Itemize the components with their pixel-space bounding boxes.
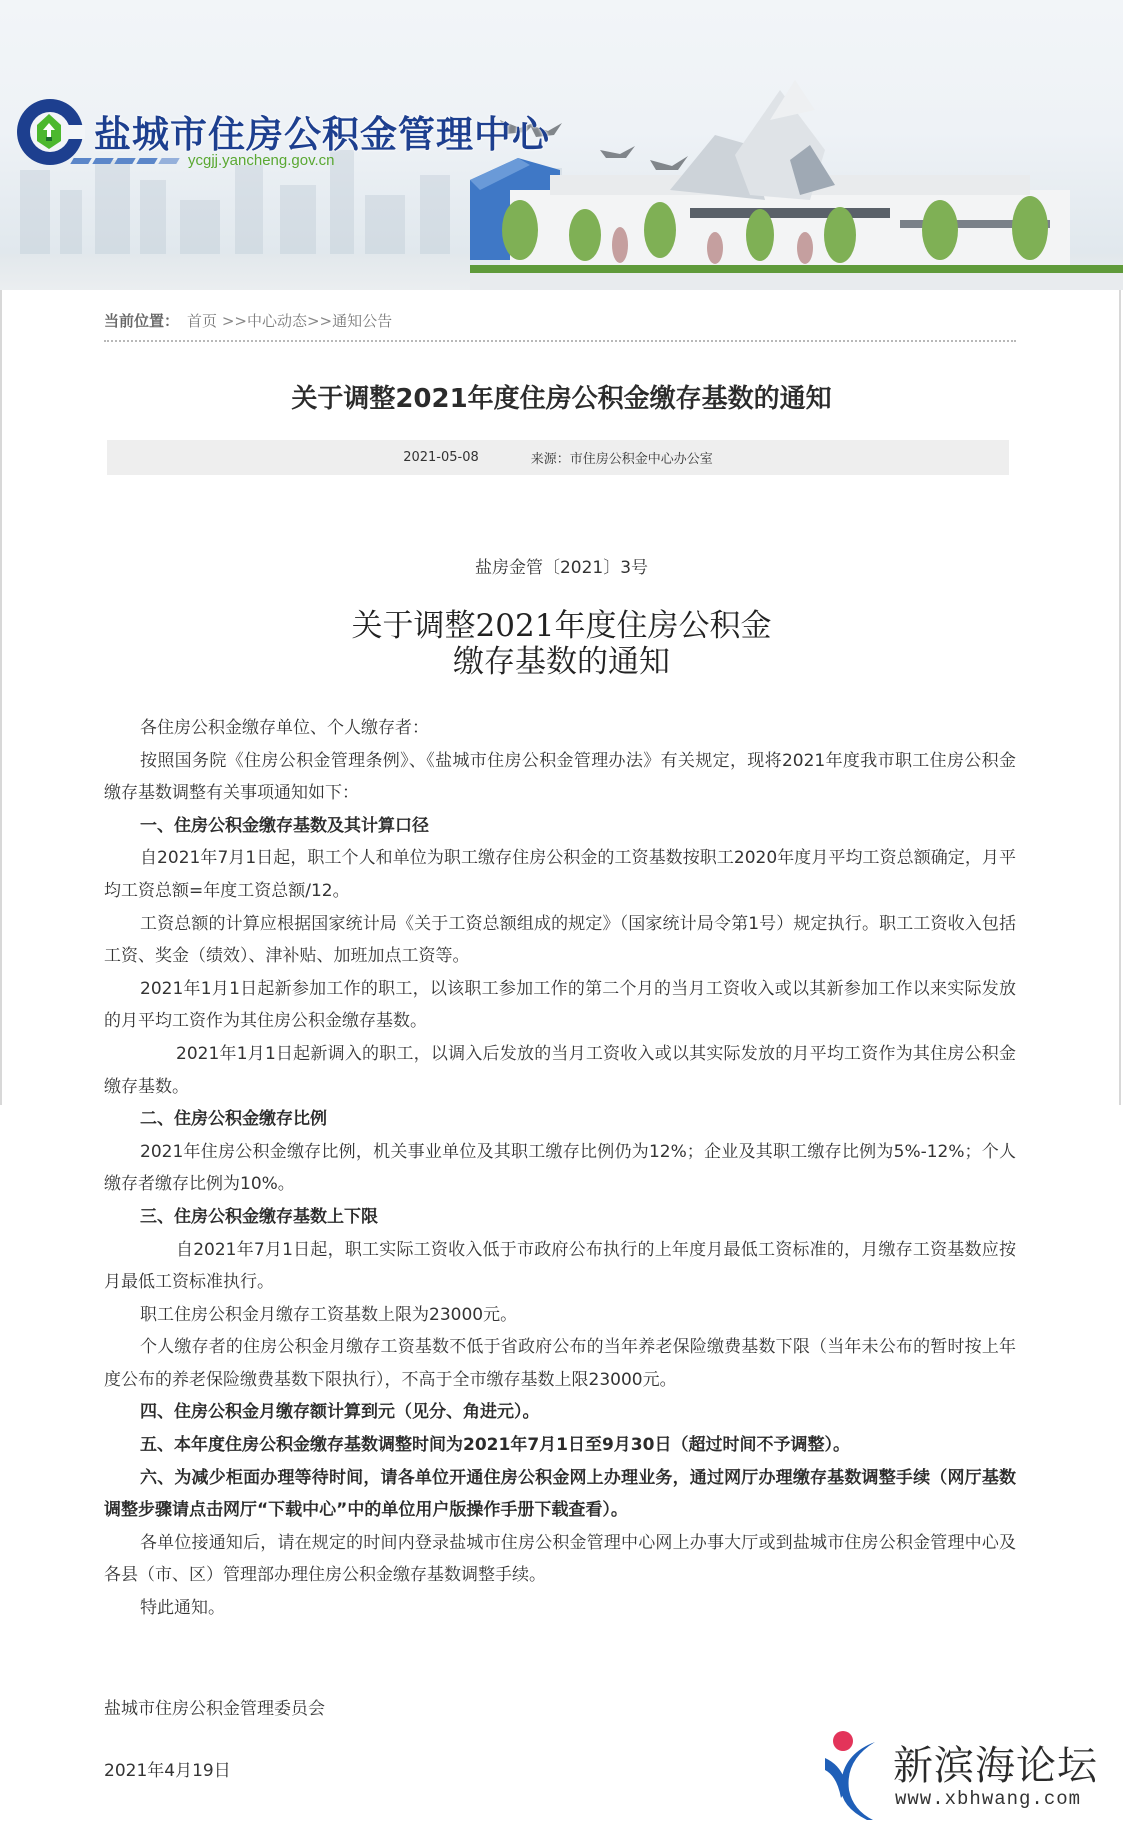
section-heading-6: 六、为减少柜面办理等待时间，请各单位开通住房公积金网上办理业务，通过网厅办理缴存…	[104, 1462, 1016, 1527]
section-heading-1: 一、住房公积金缴存基数及其计算口径	[104, 810, 1016, 843]
article-meta-bar: 2021-05-08 来源：市住房公积金中心办公室	[107, 440, 1009, 475]
article-source: 来源：市住房公积金中心办公室	[531, 448, 713, 467]
site-title: 盐城市住房公积金管理中心	[94, 104, 550, 158]
watermark: 新滨海论坛 www.xbhwang.com	[823, 1720, 1113, 1820]
breadcrumb-home[interactable]: 首页	[187, 312, 217, 330]
salutation: 各住房公积金缴存单位、个人缴存者：	[104, 712, 1016, 745]
breadcrumb: 当前位置： 首页 >>中心动态>>通知公告	[104, 310, 392, 331]
signature: 盐城市住房公积金管理委员会	[104, 1694, 325, 1719]
breadcrumb-notices[interactable]: 通知公告	[332, 312, 392, 330]
page-title: 关于调整2021年度住房公积金缴存基数的通知	[0, 378, 1123, 415]
paragraph: 2021年1月1日起新调入的职工，以调入后发放的当月工资收入或以其实际发放的月平…	[104, 1038, 1016, 1103]
closing: 特此通知。	[104, 1592, 1016, 1625]
paragraph: 2021年住房公积金缴存比例，机关事业单位及其职工缴存比例仍为12%；企业及其职…	[104, 1136, 1016, 1201]
building-photo	[470, 70, 1123, 290]
section-heading-3: 三、住房公积金缴存基数上下限	[104, 1201, 1016, 1234]
logo-icon	[15, 97, 85, 167]
paragraph: 自2021年7月1日起，职工实际工资收入低于市政府公布执行的上年度月最低工资标准…	[104, 1234, 1016, 1299]
watermark-name: 新滨海论坛	[893, 1734, 1098, 1791]
watermark-mark-icon	[823, 1740, 895, 1820]
logo-dashes	[72, 158, 172, 166]
document-body: 各住房公积金缴存单位、个人缴存者： 按照国务院《住房公积金管理条例》、《盐城市住…	[104, 712, 1016, 1625]
watermark-url: www.xbhwang.com	[895, 1788, 1081, 1810]
site-url[interactable]: ycgjj.yancheng.gov.cn	[188, 152, 334, 169]
document-number: 盐房金管〔2021〕3号	[0, 553, 1123, 578]
paragraph: 个人缴存者的住房公积金月缴存工资基数不低于省政府公布的当年养老保险缴费基数下限（…	[104, 1331, 1016, 1396]
breadcrumb-center-news[interactable]: 中心动态	[247, 312, 307, 330]
site-banner: 盐城市住房公积金管理中心 ycgjj.yancheng.gov.cn	[0, 0, 1123, 290]
section-heading-4: 四、住房公积金月缴存额计算到元（见分、角进元）。	[104, 1396, 1016, 1429]
document-title: 关于调整2021年度住房公积金 缴存基数的通知	[0, 608, 1123, 680]
section-heading-5: 五、本年度住房公积金缴存基数调整时间为2021年7月1日至9月30日（超过时间不…	[104, 1429, 1016, 1462]
paragraph: 自2021年7月1日起，职工个人和单位为职工缴存住房公积金的工资基数按职工202…	[104, 842, 1016, 907]
breadcrumb-divider	[104, 340, 1016, 342]
paragraph: 各单位接通知后，请在规定的时间内登录盐城市住房公积金管理中心网上办事大厅或到盐城…	[104, 1527, 1016, 1592]
paragraph: 工资总额的计算应根据国家统计局《关于工资总额组成的规定》（国家统计局令第1号）规…	[104, 908, 1016, 973]
breadcrumb-label: 当前位置：	[104, 310, 179, 331]
paragraph: 按照国务院《住房公积金管理条例》、《盐城市住房公积金管理办法》有关规定，现将20…	[104, 745, 1016, 810]
publish-date: 2021-05-08	[403, 450, 479, 465]
document-title-line-2: 缴存基数的通知	[0, 644, 1123, 680]
signed-date: 2021年4月19日	[104, 1756, 231, 1781]
document-title-line-1: 关于调整2021年度住房公积金	[0, 608, 1123, 644]
paragraph: 职工住房公积金月缴存工资基数上限为23000元。	[104, 1299, 1016, 1332]
paragraph: 2021年1月1日起新参加工作的职工，以该职工参加工作的第二个月的当月工资收入或…	[104, 973, 1016, 1038]
breadcrumb-separator: >>	[222, 312, 247, 330]
section-heading-2: 二、住房公积金缴存比例	[104, 1103, 1016, 1136]
breadcrumb-separator: >>	[307, 312, 332, 330]
